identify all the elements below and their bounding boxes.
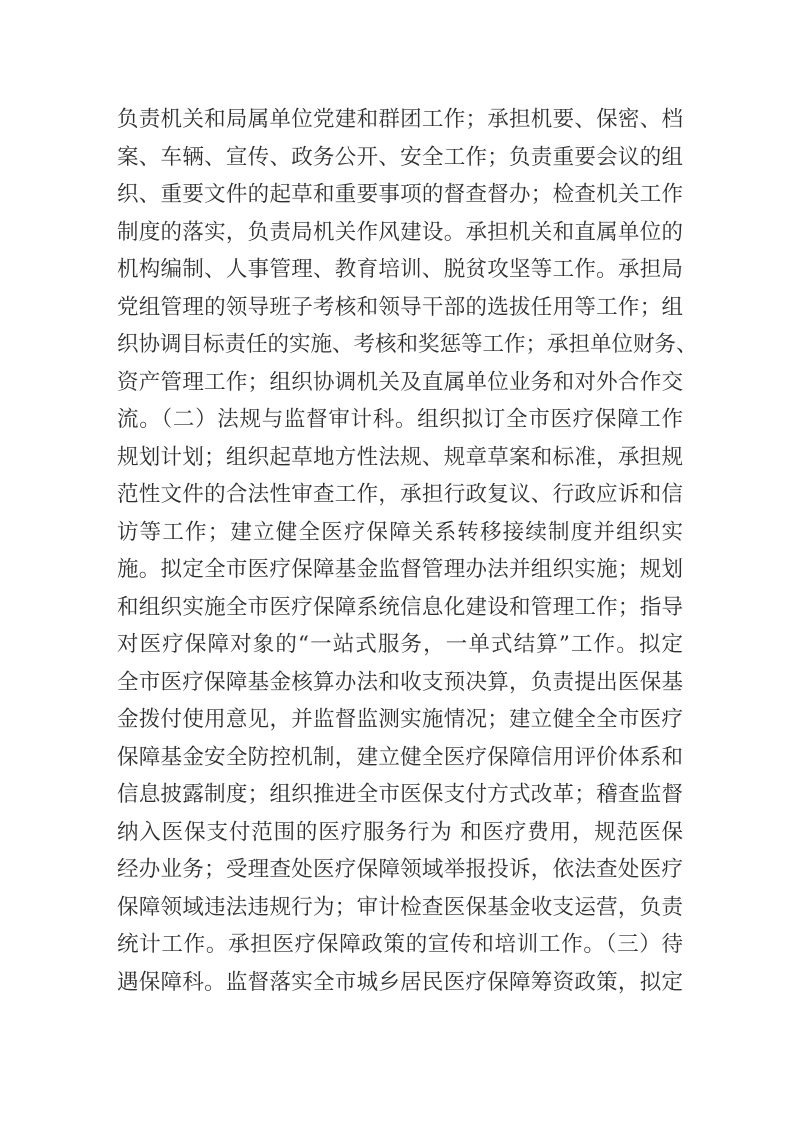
- text-line: 织、重要文件的起草和重要事项的督查督办；检查机关工作: [117, 176, 683, 214]
- text-line: 规划计划；组织起草地方性法规、规章草案和标准，承担规: [117, 439, 683, 477]
- text-line: 统计工作。承担医疗保障政策的宣传和培训工作。（三）待: [117, 926, 683, 964]
- text-line: 流。（二）法规与监督审计科。组织拟订全市医疗保障工作: [117, 401, 683, 439]
- text-line: 纳入医保支付范围的医疗服务行为 和医疗费用，规范医保: [117, 814, 683, 852]
- text-line: 施。拟定全市医疗保障基金监督管理办法并组织实施；规划: [117, 551, 683, 589]
- text-line: 保障基金安全防控机制，建立健全医疗保障信用评价体系和: [117, 739, 683, 777]
- text-line: 全市医疗保障基金核算办法和收支预决算，负责提出医保基: [117, 664, 683, 702]
- text-line: 案、车辆、宣传、政务公开、安全工作；负责重要会议的组: [117, 139, 683, 177]
- text-line: 党组管理的领导班子考核和领导干部的选拔任用等工作；组: [117, 289, 683, 327]
- text-line: 织协调目标责任的实施、考核和奖惩等工作；承担单位财务、: [117, 326, 683, 364]
- text-line: 制度的落实，负责局机关作风建设。承担机关和直属单位的: [117, 214, 683, 252]
- text-line: 访等工作；建立健全医疗保障关系转移接续制度并组织实: [117, 514, 683, 552]
- text-line: 遇保障科。监督落实全市城乡居民医疗保障筹资政策，拟定: [117, 964, 683, 1002]
- text-line: 对医疗保障对象的“一站式服务，一单式结算”工作。拟定: [117, 626, 683, 664]
- text-line: 金拨付使用意见，并监督监测实施情况；建立健全全市医疗: [117, 701, 683, 739]
- text-line: 机构编制、人事管理、教育培训、脱贫攻坚等工作。承担局: [117, 251, 683, 289]
- document-page: 负责机关和局属单位党建和群团工作；承担机要、保密、档 案、车辆、宣传、政务公开、…: [0, 0, 793, 1122]
- text-line: 保障领域违法违规行为；审计检查医保基金收支运营，负责: [117, 889, 683, 927]
- text-line: 负责机关和局属单位党建和群团工作；承担机要、保密、档: [117, 101, 683, 139]
- text-line: 和组织实施全市医疗保障系统信息化建设和管理工作；指导: [117, 589, 683, 627]
- document-text-block: 负责机关和局属单位党建和群团工作；承担机要、保密、档 案、车辆、宣传、政务公开、…: [117, 101, 683, 1001]
- text-line: 范性文件的合法性审查工作，承担行政复议、行政应诉和信: [117, 476, 683, 514]
- text-line: 资产管理工作；组织协调机关及直属单位业务和对外合作交: [117, 364, 683, 402]
- text-line: 经办业务；受理查处医疗保障领域举报投诉，依法查处医疗: [117, 851, 683, 889]
- text-line: 信息披露制度；组织推进全市医保支付方式改革；稽查监督: [117, 776, 683, 814]
